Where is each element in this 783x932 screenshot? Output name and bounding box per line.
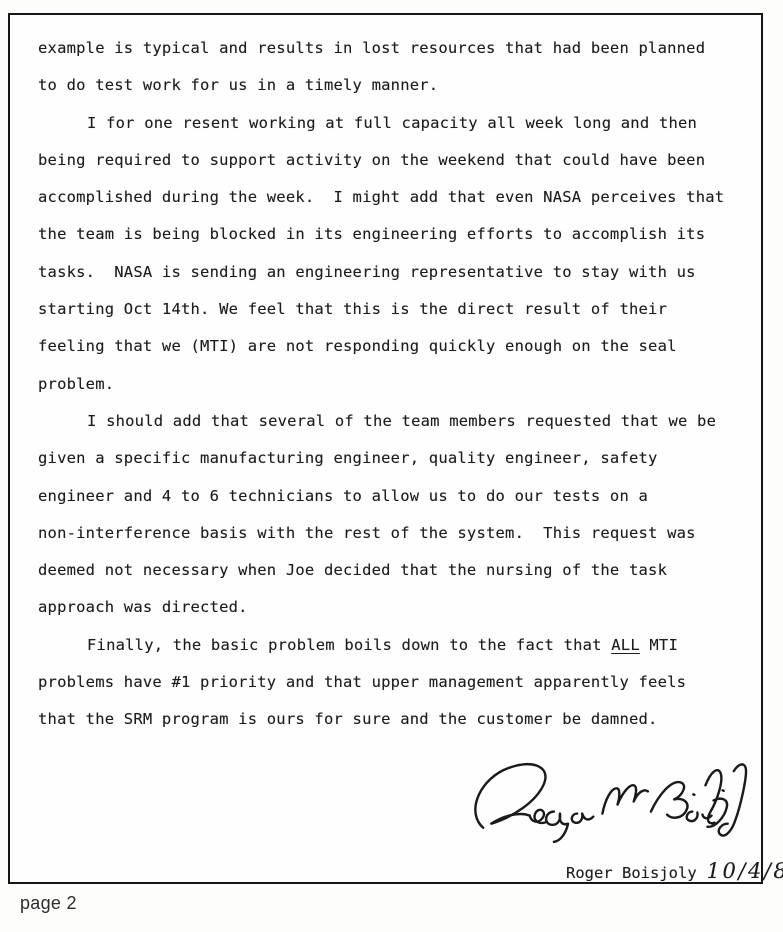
typed-name: Roger Boisjoly: [566, 864, 697, 882]
memo-line: deemed not necessary when Joe decided th…: [38, 552, 747, 589]
memo-line: feeling that we (MTI) are not responding…: [38, 328, 747, 365]
page-number-label: page 2: [20, 893, 77, 914]
memo-line: problem.: [38, 366, 747, 403]
memo-line: the team is being blocked in its enginee…: [38, 216, 747, 253]
memo-line: starting Oct 14th. We feel that this is …: [38, 291, 747, 328]
memo-line: problems have #1 priority and that upper…: [38, 664, 747, 701]
memo-line: tasks. NASA is sending an engineering re…: [38, 254, 747, 291]
memo-line: engineer and 4 to 6 technicians to allow…: [38, 478, 747, 515]
signature-typed-line: Roger Boisjoly10/4/85: [510, 841, 783, 901]
memo-line: that the SRM program is ours for sure an…: [38, 701, 747, 738]
handwritten-signature: [472, 757, 752, 853]
memo-body-text: example is typical and results in lost r…: [38, 30, 747, 739]
memo-line: example is typical and results in lost r…: [38, 30, 747, 67]
scanned-memo-page: example is typical and results in lost r…: [0, 0, 783, 932]
memo-line: non-interference basis with the rest of …: [38, 515, 747, 552]
document-border-frame: example is typical and results in lost r…: [8, 13, 763, 884]
memo-line: approach was directed.: [38, 589, 747, 626]
memo-line: I should add that several of the team me…: [38, 403, 747, 440]
memo-line: being required to support activity on th…: [38, 142, 747, 179]
memo-line: to do test work for us in a timely manne…: [38, 67, 747, 104]
memo-line: given a specific manufacturing engineer,…: [38, 440, 747, 477]
memo-line: I for one resent working at full capacit…: [38, 105, 747, 142]
memo-line: accomplished during the week. I might ad…: [38, 179, 747, 216]
memo-line: Finally, the basic problem boils down to…: [38, 627, 747, 664]
signature-date: 10/4/85: [707, 859, 783, 883]
